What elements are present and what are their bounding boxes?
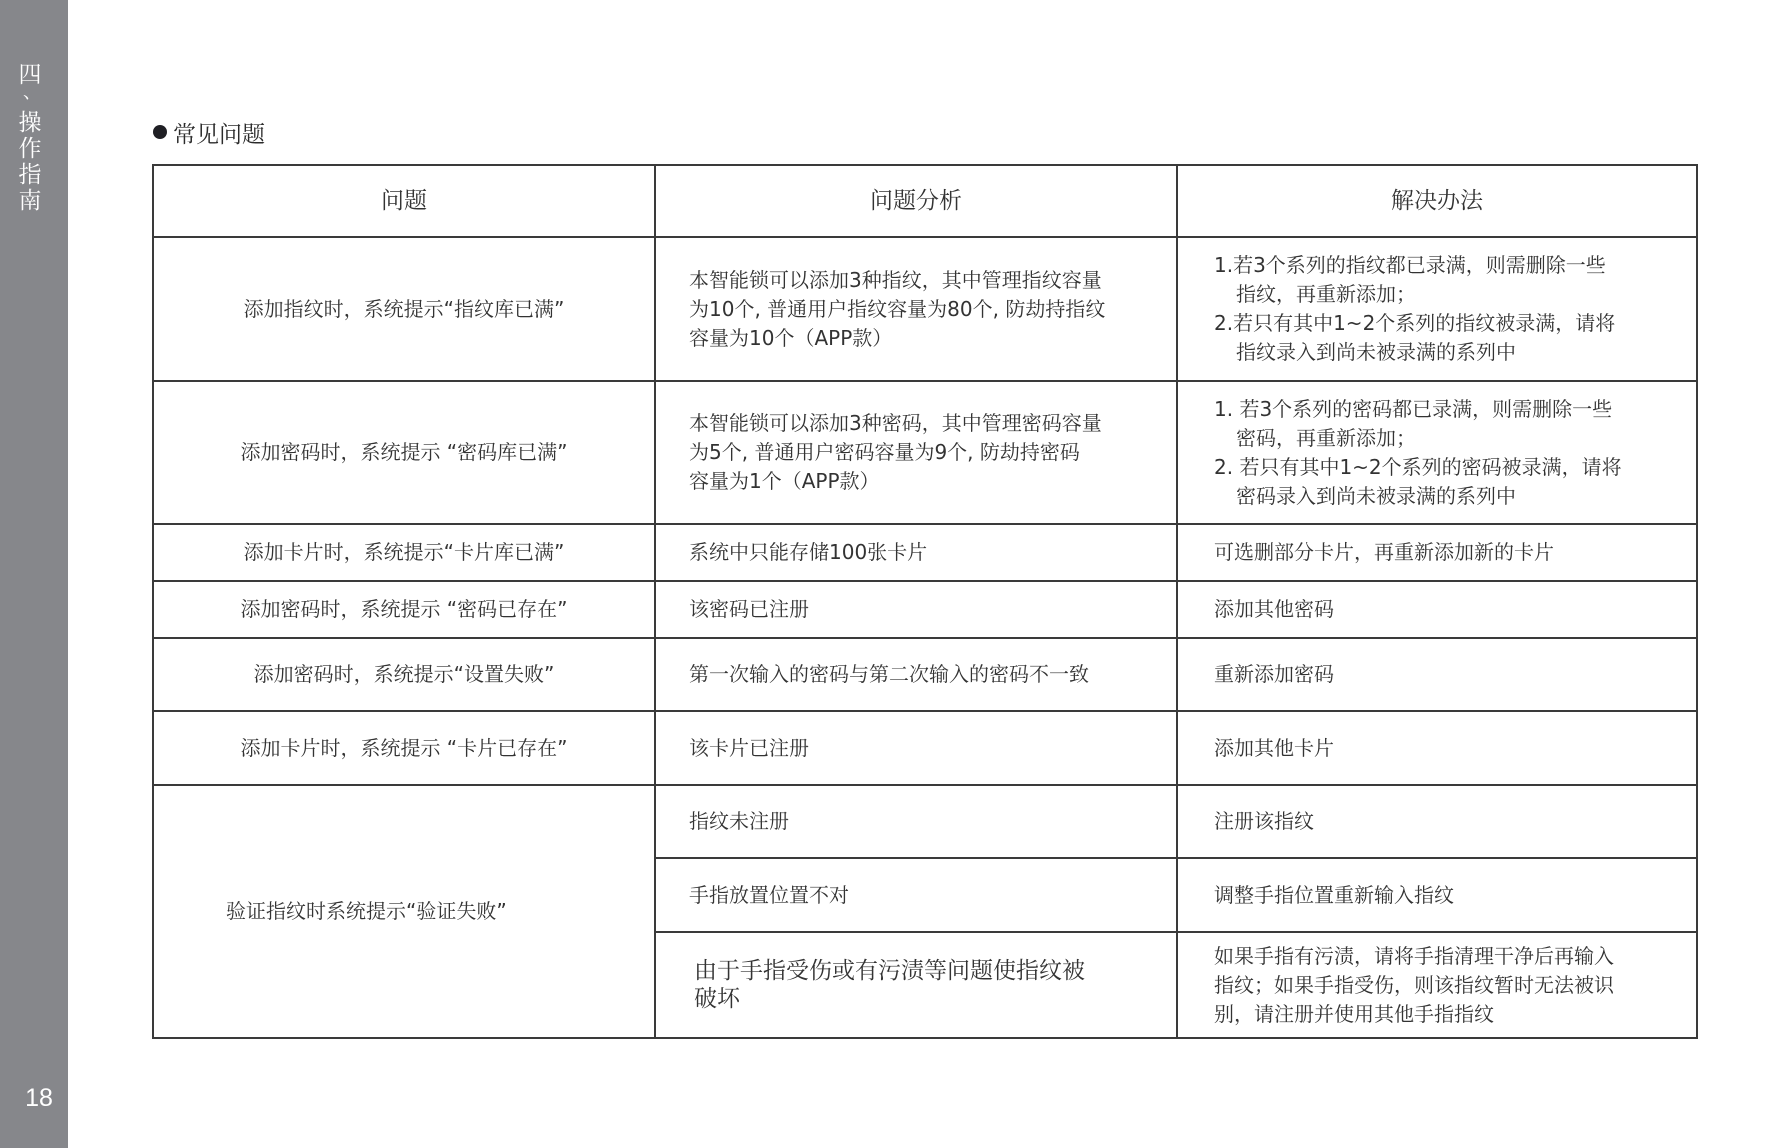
chapter-separator: 、: [19, 88, 41, 110]
analysis-line: 为10个, 普通用户指纹容量为80个, 防劫持指纹: [689, 295, 1156, 324]
solution-line: 指纹；如果手指受伤，则该指纹暂时无法被识: [1214, 971, 1676, 1000]
table-row: 添加密码时，系统提示 “密码已存在” 该密码已注册 添加其他密码: [153, 581, 1697, 638]
solution-cell: 调整手指位置重新输入指纹: [1177, 858, 1697, 932]
solution-line: 如果手指有污渍，请将手指清理干净后再输入: [1214, 942, 1676, 971]
header-problem: 问题: [153, 165, 655, 237]
analysis-line: 由于手指受伤或有污渍等问题使指纹被: [694, 957, 1156, 985]
table-header-row: 问题 问题分析 解决办法: [153, 165, 1697, 237]
problem-cell: 添加密码时，系统提示“设置失败”: [153, 638, 655, 711]
solution-cell: 注册该指纹: [1177, 785, 1697, 858]
solution-line: 密码录入到尚未被录满的系列中: [1214, 482, 1676, 511]
table-row: 添加指纹时，系统提示“指纹库已满” 本智能锁可以添加3种指纹，其中管理指纹容量 …: [153, 237, 1697, 381]
problem-cell: 添加指纹时，系统提示“指纹库已满”: [153, 237, 655, 381]
analysis-cell: 本智能锁可以添加3种密码，其中管理密码容量 为5个, 普通用户密码容量为9个, …: [655, 381, 1177, 524]
header-solution: 解决办法: [1177, 165, 1697, 237]
chapter-sidebar: 四 、 操 作 指 南 18: [0, 0, 68, 1148]
solution-cell: 添加其他卡片: [1177, 711, 1697, 785]
analysis-cell: 该密码已注册: [655, 581, 1177, 638]
problem-cell: 添加密码时，系统提示 “密码已存在”: [153, 581, 655, 638]
analysis-cell: 指纹未注册: [655, 785, 1177, 858]
page-number: 18: [0, 1084, 78, 1113]
solution-line: 2. 若只有其中1~2个系列的密码被录满，请将: [1214, 453, 1676, 482]
table-row: 添加密码时，系统提示 “密码库已满” 本智能锁可以添加3种密码，其中管理密码容量…: [153, 381, 1697, 524]
chapter-char: 指: [19, 162, 42, 188]
table-row: 添加卡片时，系统提示 “卡片已存在” 该卡片已注册 添加其他卡片: [153, 711, 1697, 785]
analysis-line: 本智能锁可以添加3种指纹，其中管理指纹容量: [689, 266, 1156, 295]
problem-cell: 添加卡片时，系统提示 “卡片已存在”: [153, 711, 655, 785]
analysis-cell: 本智能锁可以添加3种指纹，其中管理指纹容量 为10个, 普通用户指纹容量为80个…: [655, 237, 1177, 381]
analysis-line: 容量为10个（APP款）: [689, 324, 1156, 353]
problem-cell: 添加卡片时，系统提示“卡片库已满”: [153, 524, 655, 581]
faq-table: 问题 问题分析 解决办法 添加指纹时，系统提示“指纹库已满” 本智能锁可以添加3…: [152, 164, 1698, 1039]
problem-cell: 验证指纹时系统提示“验证失败”: [153, 785, 655, 1038]
analysis-cell: 第一次输入的密码与第二次输入的密码不一致: [655, 638, 1177, 711]
bullet-icon: [153, 125, 167, 139]
chapter-char: 作: [19, 136, 42, 162]
solution-line: 别，请注册并使用其他手指指纹: [1214, 1000, 1676, 1029]
section-title: 常见问题: [173, 116, 265, 149]
solution-line: 1.若3个系列的指纹都已录满，则需删除一些: [1214, 251, 1676, 280]
analysis-line: 容量为1个（APP款）: [689, 467, 1156, 496]
chapter-title: 四 、 操 作 指 南: [0, 62, 60, 214]
analysis-line: 破坏: [694, 985, 1156, 1013]
problem-cell: 添加密码时，系统提示 “密码库已满”: [153, 381, 655, 524]
solution-cell: 1.若3个系列的指纹都已录满，则需删除一些 指纹，再重新添加； 2.若只有其中1…: [1177, 237, 1697, 381]
solution-cell: 添加其他密码: [1177, 581, 1697, 638]
section-heading: 常见问题: [153, 116, 265, 148]
analysis-cell: 系统中只能存储100张卡片: [655, 524, 1177, 581]
table-row: 添加密码时，系统提示“设置失败” 第一次输入的密码与第二次输入的密码不一致 重新…: [153, 638, 1697, 711]
chapter-char: 南: [19, 188, 42, 214]
solution-line: 密码，再重新添加；: [1214, 424, 1676, 453]
solution-cell: 如果手指有污渍，请将手指清理干净后再输入 指纹；如果手指受伤，则该指纹暂时无法被…: [1177, 932, 1697, 1038]
analysis-cell: 由于手指受伤或有污渍等问题使指纹被 破坏: [655, 932, 1177, 1038]
solution-line: 1. 若3个系列的密码都已录满，则需删除一些: [1214, 395, 1676, 424]
solution-cell: 可选删部分卡片，再重新添加新的卡片: [1177, 524, 1697, 581]
analysis-cell: 该卡片已注册: [655, 711, 1177, 785]
solution-line: 2.若只有其中1~2个系列的指纹被录满，请将: [1214, 309, 1676, 338]
solution-cell: 重新添加密码: [1177, 638, 1697, 711]
solution-line: 指纹，再重新添加；: [1214, 280, 1676, 309]
table-row: 验证指纹时系统提示“验证失败” 指纹未注册 注册该指纹: [153, 785, 1697, 858]
analysis-line: 本智能锁可以添加3种密码，其中管理密码容量: [689, 409, 1156, 438]
solution-line: 指纹录入到尚未被录满的系列中: [1214, 338, 1676, 367]
solution-cell: 1. 若3个系列的密码都已录满，则需删除一些 密码，再重新添加； 2. 若只有其…: [1177, 381, 1697, 524]
analysis-cell: 手指放置位置不对: [655, 858, 1177, 932]
header-analysis: 问题分析: [655, 165, 1177, 237]
analysis-line: 为5个, 普通用户密码容量为9个, 防劫持密码: [689, 438, 1156, 467]
chapter-char: 操: [19, 110, 42, 136]
table-row: 添加卡片时，系统提示“卡片库已满” 系统中只能存储100张卡片 可选删部分卡片，…: [153, 524, 1697, 581]
